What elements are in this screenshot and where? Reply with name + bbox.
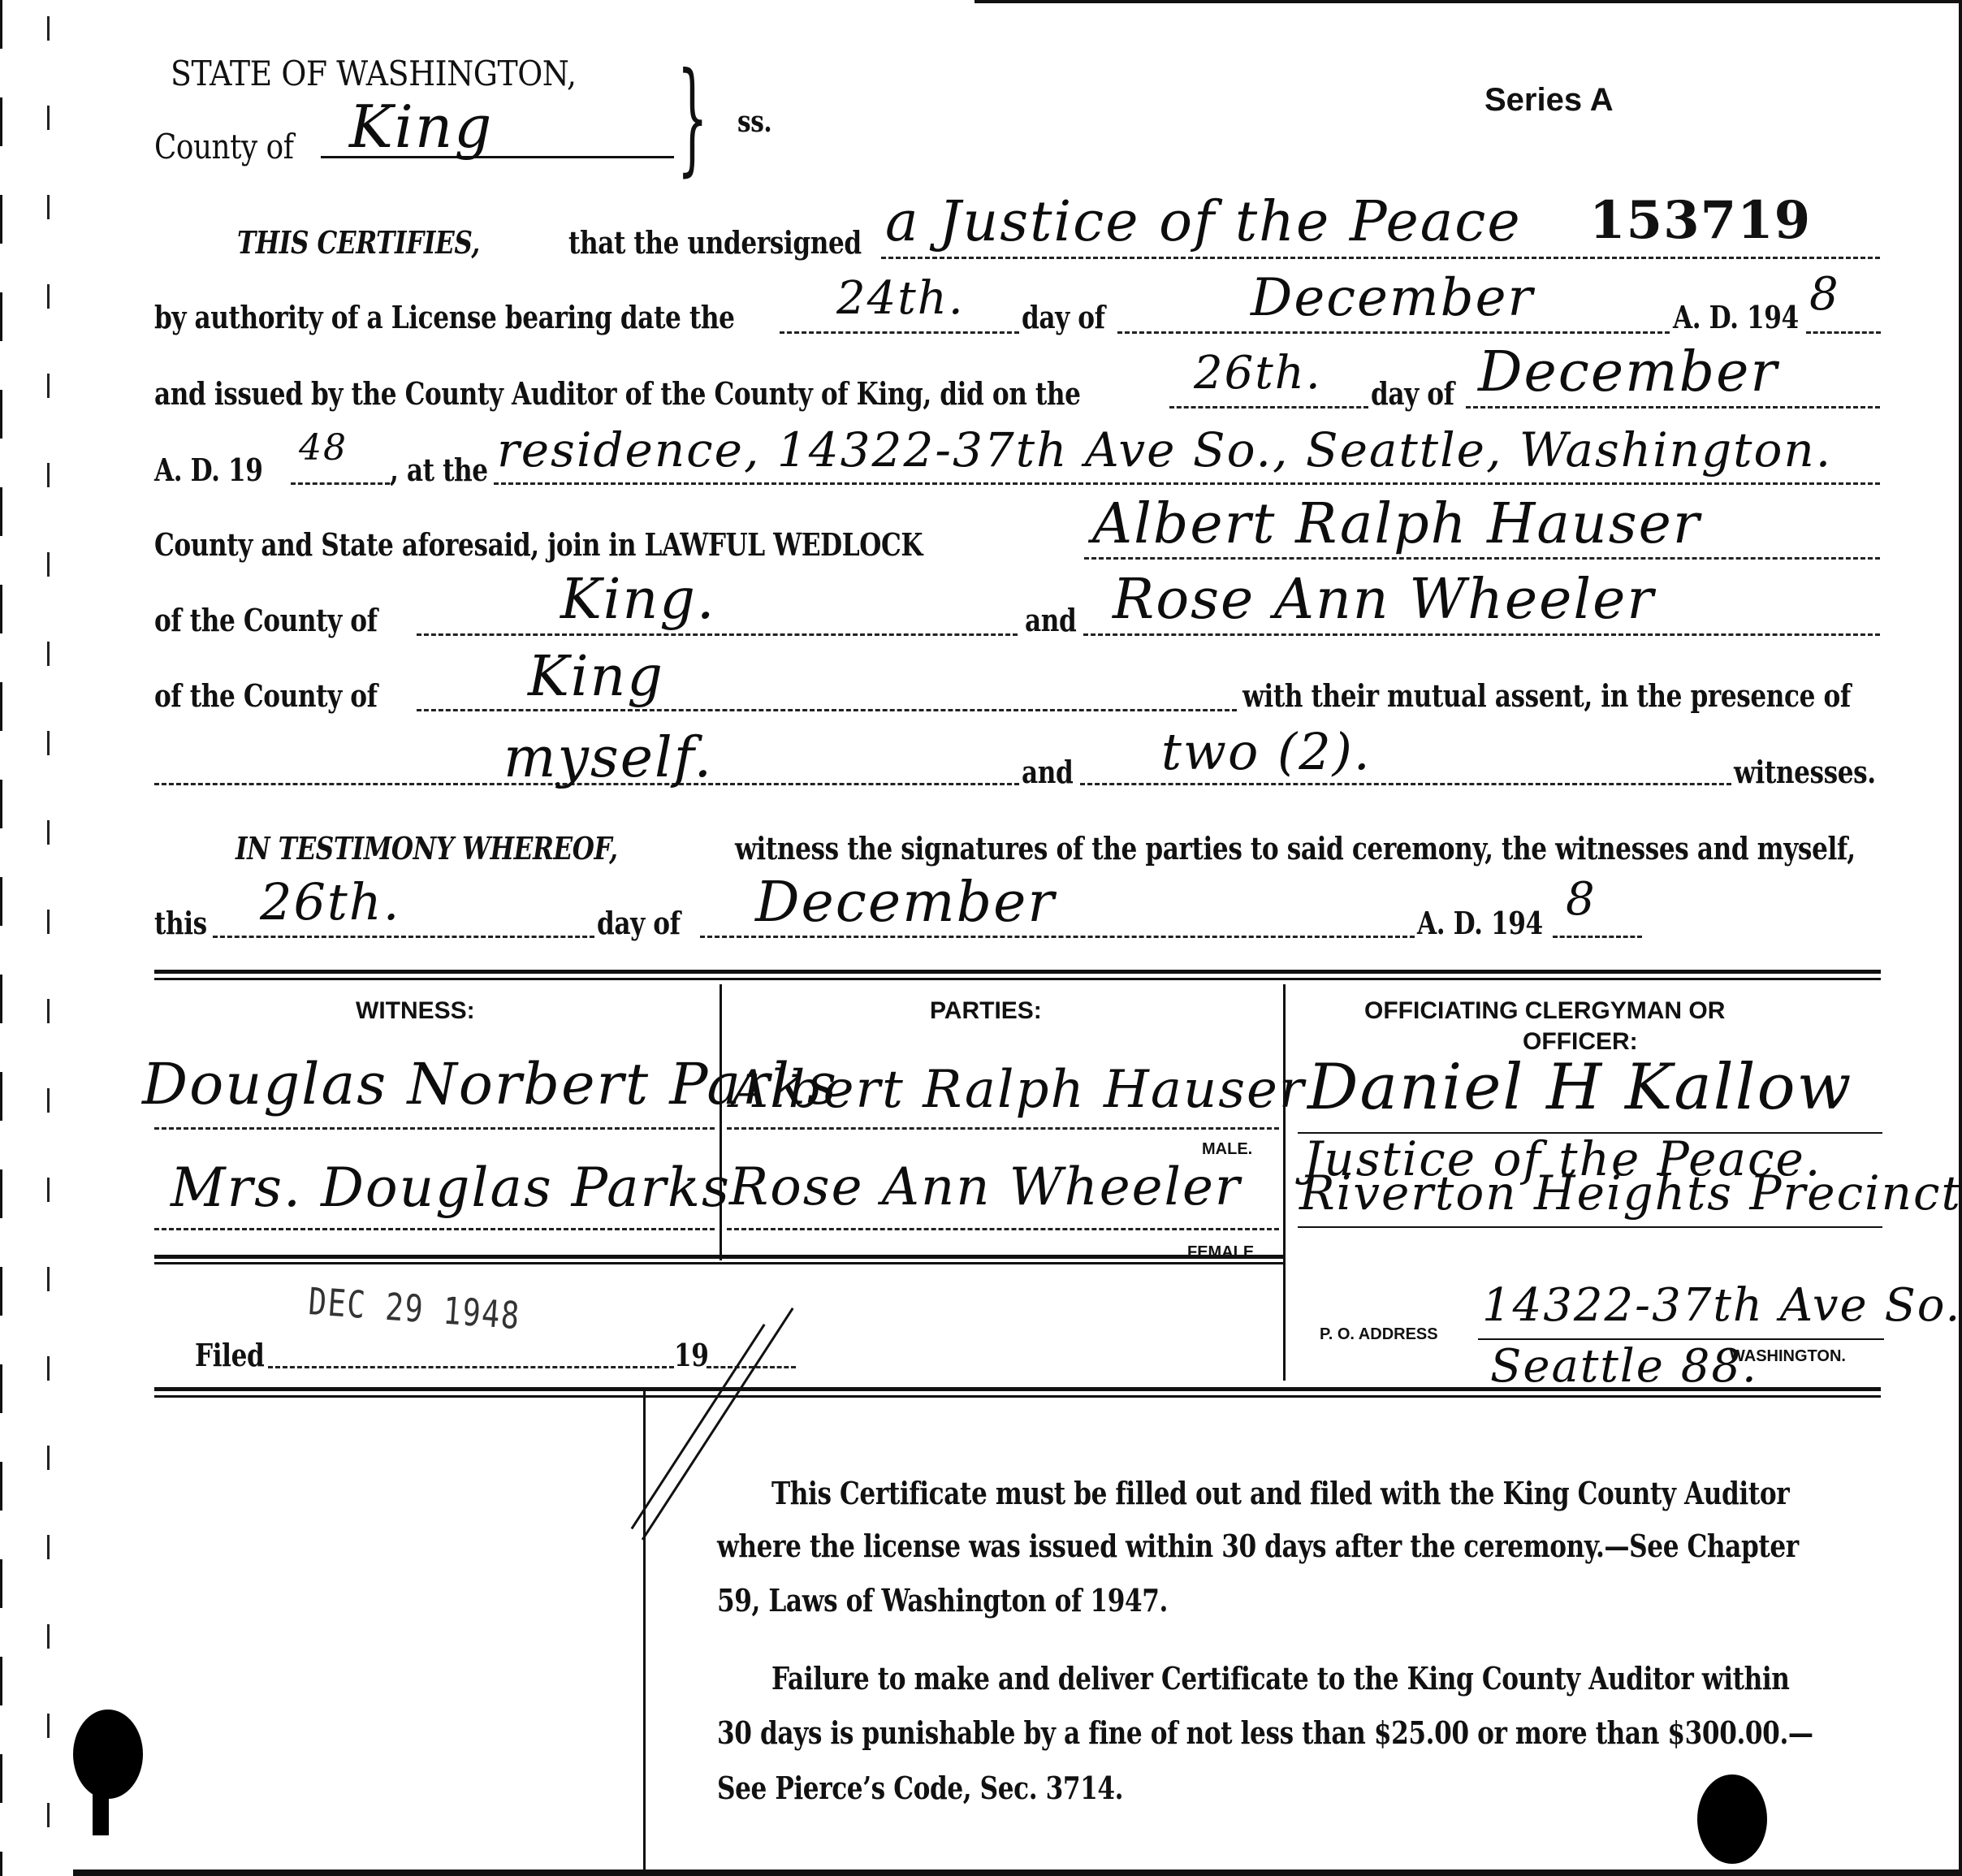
line1-blank (881, 257, 1880, 259)
notice-para1-line2: where the license was issued within 30 d… (717, 1531, 1799, 1562)
witness-2-line (154, 1228, 715, 1230)
ceremony-place: residence, 14322-37th Ave So., Seattle, … (497, 426, 1832, 473)
line2-text: by authority of a License bearing date t… (154, 302, 735, 333)
filed-year-prefix: 19 (674, 1340, 709, 1371)
testimony-year-blank (1553, 936, 1642, 938)
female-signature-line (727, 1228, 1279, 1230)
perforation-margin (47, 16, 50, 1868)
bride-name: Rose Ann Wheeler (1113, 573, 1655, 628)
license-year-blank (1806, 331, 1881, 334)
bride-county-blank (417, 709, 1237, 711)
groom-county: King. (560, 573, 716, 628)
license-year-digit: 8 (1809, 272, 1840, 318)
line4-at: , at the (390, 455, 488, 486)
scan-edge-left (0, 0, 2, 1876)
notice-para2-line2: 30 days is punishable by a fine of not l… (717, 1718, 1813, 1748)
line8-suffix: witnesses. (1734, 757, 1876, 788)
place-blank (494, 482, 1880, 485)
rule-mid-1 (154, 1255, 1283, 1259)
license-month-blank (1117, 331, 1670, 334)
certificate-number: 153719 (1589, 195, 1811, 247)
po-state-label: WASHINGTON. (1730, 1348, 1846, 1364)
this-label: this (154, 908, 207, 939)
testimony-year-digit: 8 (1566, 877, 1597, 923)
notice-para1-line1: This Certificate must be filled out and … (771, 1478, 1789, 1509)
presence-value-1: myself. (503, 731, 713, 786)
scan-edge-bottom (73, 1870, 1962, 1876)
scan-edge-top (975, 0, 1962, 3)
lower-column-divider (643, 1389, 646, 1876)
column-divider-1 (720, 984, 722, 1260)
county-value: King (349, 97, 493, 156)
notice-para2-line1: Failure to make and deliver Certificate … (771, 1663, 1790, 1694)
punch-hole-right (1697, 1774, 1767, 1864)
line1-text: that the undersigned (568, 227, 862, 258)
po-address-line1: 14322-37th Ave So., (1482, 1283, 1962, 1329)
rule-bottom-1 (154, 1387, 1881, 1391)
testimony-day-blank (213, 936, 594, 938)
testimony-month-blank (700, 936, 1415, 938)
filed-date-stamp: DEC 29 1948 (307, 1279, 521, 1338)
ceremony-year: 48 (299, 430, 348, 466)
ceremony-month-blank (1466, 406, 1880, 408)
line3-text: and issued by the County Auditor of the … (154, 378, 1081, 409)
line3-dayof: day of (1371, 378, 1454, 409)
this-ad: A. D. 194 (1417, 908, 1543, 939)
female-signature: Rose Ann Wheeler (729, 1161, 1241, 1213)
witness-2-signature: Mrs. Douglas Parks (171, 1161, 731, 1215)
state-heading: STATE OF WASHINGTON, (171, 57, 577, 91)
po-address-line2: Seattle 88. (1490, 1344, 1758, 1390)
bride-county: King (528, 650, 664, 705)
testimony-month: December (755, 875, 1056, 931)
testimony-day: 26th. (260, 877, 400, 927)
ceremony-year-blank (291, 482, 390, 485)
line7-text: of the County of (154, 681, 378, 711)
bracket: } (677, 57, 708, 179)
officiant-type: a Justice of the Peace (885, 195, 1522, 250)
line7-suffix: with their mutual assent, in the presenc… (1242, 681, 1851, 711)
series-label: Series A (1484, 84, 1614, 116)
officer-precinct: Riverton Heights Precinct #1. (1299, 1169, 1962, 1217)
testimony-text: witness the signatures of the parties to… (735, 833, 1856, 864)
ceremony-day: 26th. (1194, 351, 1322, 396)
groom-county-blank (417, 633, 1018, 636)
groom-blank (1084, 557, 1880, 560)
this-dayof: day of (597, 908, 681, 939)
po-address-label: P. O. ADDRESS (1320, 1326, 1438, 1342)
scan-edge-right (1959, 0, 1962, 1876)
officer-line-2 (1298, 1226, 1882, 1228)
male-label: MALE. (1202, 1141, 1252, 1157)
officer-header-line1: OFFICIATING CLERGYMAN OR (1364, 999, 1725, 1023)
male-signature-line (727, 1127, 1279, 1130)
presence-blank-2 (1080, 783, 1731, 785)
testimony-label: IN TESTIMONY WHEREOF, (236, 833, 618, 864)
ceremony-day-blank (1169, 406, 1368, 408)
rule-top-2 (154, 978, 1881, 980)
line2-ad: A. D. 194 (1673, 302, 1799, 333)
ss-mark: ss. (737, 107, 771, 136)
county-label: County of (154, 130, 294, 164)
line6-text: of the County of (154, 605, 378, 636)
officer-signature: Daniel H Kallow (1307, 1056, 1852, 1119)
ceremony-month: December (1478, 345, 1778, 400)
line4-ad: A. D. 19 (154, 455, 263, 486)
filed-blank (268, 1366, 674, 1368)
presence-value-2: two (2). (1161, 727, 1372, 777)
notice-para2-line3: See Pierce’s Code, Sec. 3714. (717, 1773, 1123, 1804)
rule-bottom-2 (154, 1395, 1881, 1398)
license-day: 24th. (836, 276, 965, 322)
rule-mid-2 (154, 1262, 1283, 1264)
license-day-blank (780, 331, 1019, 334)
certifies-label: THIS CERTIFIES, (237, 227, 480, 258)
punch-hole-left (73, 1710, 143, 1799)
filed-label: Filed (195, 1340, 264, 1371)
parties-header: PARTIES: (930, 999, 1042, 1023)
bride-blank (1083, 633, 1880, 636)
rule-top-1 (154, 970, 1881, 974)
male-signature: Albert Ralph Hauser (731, 1064, 1306, 1116)
line6-and: and (1025, 605, 1076, 636)
license-month: December (1251, 272, 1534, 324)
groom-name: Albert Ralph Hauser (1092, 497, 1701, 552)
line2-dayof: day of (1022, 302, 1105, 333)
column-divider-2 (1283, 984, 1286, 1381)
witness-header: WITNESS: (356, 999, 475, 1023)
punch-hole-left-stem (93, 1787, 109, 1835)
line8-and: and (1022, 757, 1073, 788)
marriage-certificate-page: STATE OF WASHINGTON, County of King } ss… (0, 0, 1962, 1876)
notice-para1-line3: 59, Laws of Washington of 1947. (717, 1585, 1168, 1616)
witness-1-line (154, 1127, 715, 1130)
line5-text: County and State aforesaid, join in LAWF… (154, 530, 923, 560)
